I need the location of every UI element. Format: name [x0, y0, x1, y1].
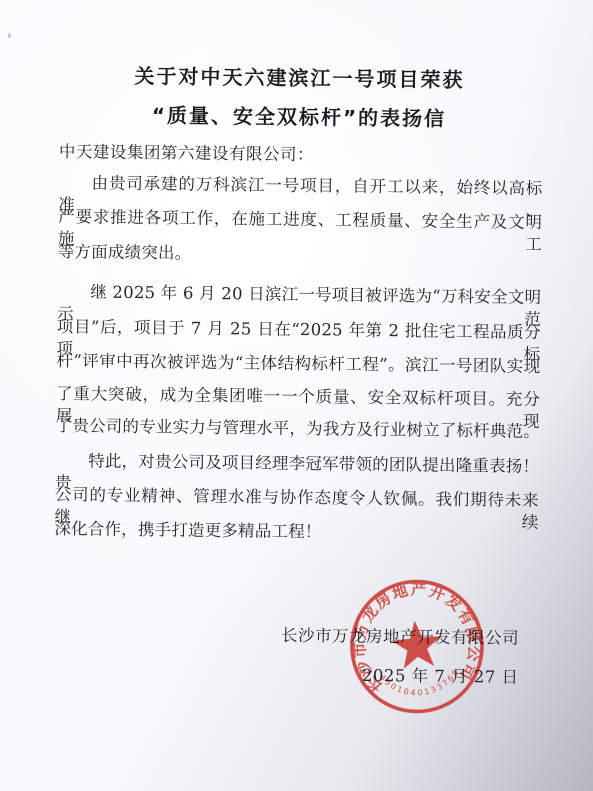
paragraph-1-line-3: 等方面成绩突出。 [58, 241, 542, 269]
letter-title-line2: “质量、安全双标杆”的表扬信 [2, 97, 593, 133]
salutation: 中天建设集团第六建设有限公司： [59, 138, 314, 165]
letter-title-line1: 关于对中天六建滨江一号项目荣获 [3, 58, 593, 94]
svg-text:4301040133768: 4301040133768 [377, 666, 463, 701]
seal-number: 4301040133768 [377, 666, 463, 701]
paragraph-2-line-3: 杆”评审中再次被评选为“主体结构标杆工程”。滨江一号团队实现 [56, 350, 540, 378]
seal-star-icon [390, 618, 444, 669]
paragraph-2-line-5: 了贵公司的专业实力与管理水平，为我方及行业树立了标杆典范。 [56, 415, 540, 443]
company-seal: 长沙市万龙房地产开发有限公司 4301040133768 [308, 538, 526, 756]
letter: 关于对中天六建滨江一号项目荣获 “质量、安全双标杆”的表扬信 中天建设集团第六建… [0, 0, 593, 791]
photographed-letter-page: { "document": { "title_line1": "关于对中天六建滨… [0, 0, 593, 791]
